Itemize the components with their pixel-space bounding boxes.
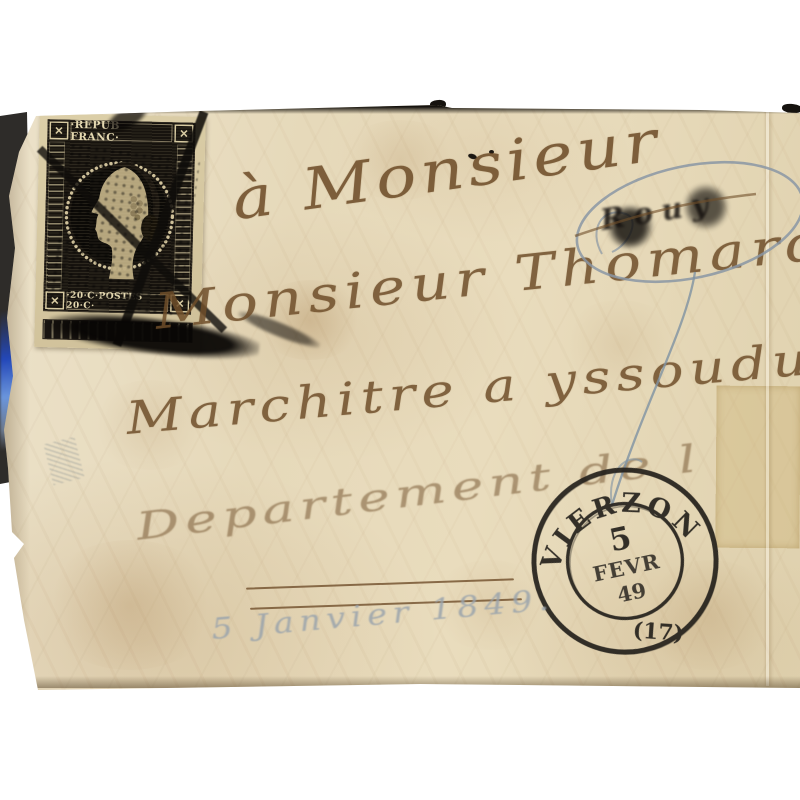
tape-patch	[715, 386, 800, 549]
vierzon-date-stamp: VIERZON 5 FEVR 49 (17)	[508, 444, 743, 679]
scanned-letter-photo: ✕ ·REPUB FRANC· ✕	[0, 0, 800, 800]
cds-year: 49	[615, 577, 648, 607]
top-edge-shadow	[0, 103, 800, 114]
gray-smudge	[43, 437, 84, 485]
cds-svg: VIERZON 5 FEVR 49 (17)	[508, 444, 743, 679]
cds-dept: (17)	[632, 618, 685, 646]
top-right-edge-tick	[782, 103, 800, 114]
stain	[40, 540, 220, 670]
oval-handstamp: Rouy	[566, 148, 800, 298]
pencil-date-note: 5 Janvier 1849.	[210, 582, 556, 646]
letter-sheet: ✕ ·REPUB FRANC· ✕	[0, 0, 800, 800]
bottom-edge-shadow	[0, 676, 800, 688]
